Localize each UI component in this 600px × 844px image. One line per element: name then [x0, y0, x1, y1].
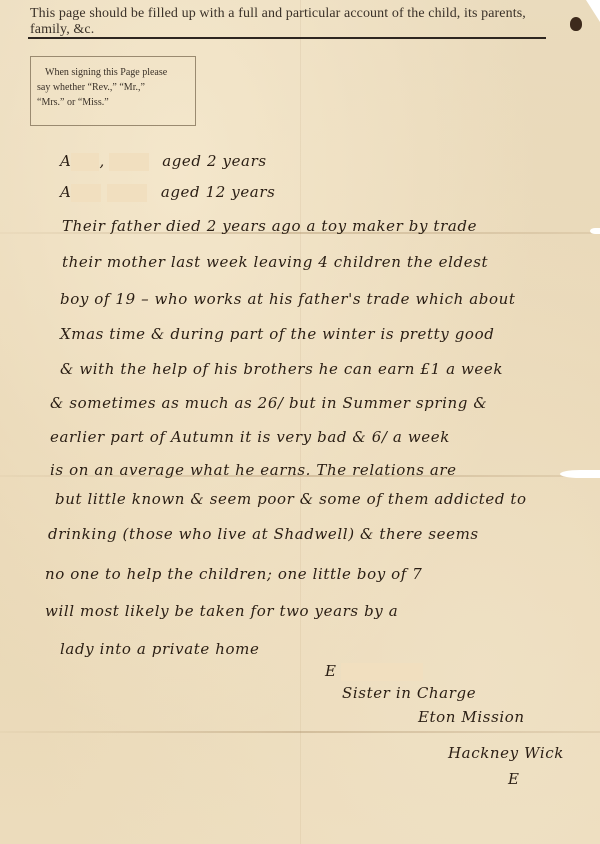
ink-blot — [570, 17, 582, 31]
redacted-surname — [107, 184, 147, 202]
child-age: aged 2 years — [162, 152, 266, 170]
body-line: lady into a private home — [60, 640, 259, 658]
body-line: no one to help the children; one little … — [45, 565, 422, 583]
redacted-name — [71, 184, 101, 202]
edge-tear — [560, 470, 600, 478]
corner-tear — [586, 0, 600, 22]
body-line: earlier part of Autumn it is very bad & … — [50, 428, 450, 446]
notice-line: say whether “Rev.,” “Mr.,” — [37, 80, 189, 95]
edge-tear — [590, 228, 600, 234]
body-line: but little known & seem poor & some of t… — [55, 490, 527, 508]
body-line: is on an average what he earns. The rela… — [50, 461, 457, 479]
notice-line: “Mrs.” or “Miss.” — [37, 95, 189, 110]
signature-initial: E — [325, 662, 337, 680]
scanned-page: This page should be filled up with a ful… — [0, 0, 600, 844]
signature-name: E — [325, 662, 423, 681]
child-initial: A — [60, 152, 71, 170]
body-line: drinking (those who live at Shadwell) & … — [48, 525, 479, 543]
child-entry: A, aged 2 years — [60, 152, 267, 171]
child-age: aged 12 years — [161, 183, 276, 201]
body-line: & with the help of his brothers he can e… — [60, 360, 503, 378]
printed-header: This page should be filled up with a ful… — [30, 6, 550, 38]
signature-postal: E — [508, 770, 520, 788]
signature-mission: Eton Mission — [418, 708, 525, 726]
child-initial: A — [60, 183, 71, 201]
body-line: & sometimes as much as 26/ but in Summer… — [50, 394, 487, 412]
notice-line: When signing this Page please — [37, 65, 189, 80]
redacted-name — [71, 153, 99, 171]
redacted-surname — [109, 153, 149, 171]
body-line: Their father died 2 years ago a toy make… — [62, 217, 477, 235]
comma: , — [99, 152, 104, 170]
body-line: boy of 19 – who works at his father's tr… — [60, 290, 516, 308]
body-line: Xmas time & during part of the winter is… — [60, 325, 494, 343]
body-line: will most likely be taken for two years … — [45, 602, 398, 620]
signing-notice-box: When signing this Page please say whethe… — [30, 56, 196, 126]
signature-title: Sister in Charge — [342, 684, 476, 702]
child-entry: A aged 12 years — [60, 183, 275, 202]
body-line: their mother last week leaving 4 childre… — [62, 253, 488, 271]
signature-place: Hackney Wick — [448, 744, 564, 762]
fold-crease — [300, 0, 301, 844]
header-rule — [28, 37, 546, 39]
redacted-signature — [341, 663, 423, 681]
